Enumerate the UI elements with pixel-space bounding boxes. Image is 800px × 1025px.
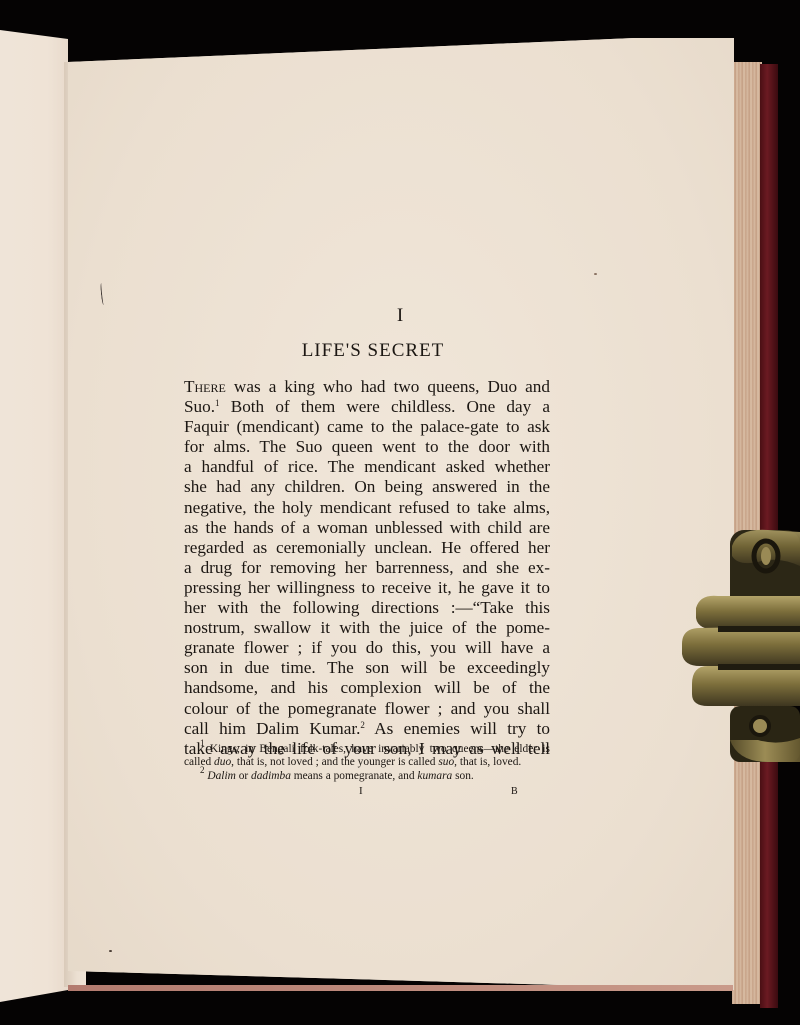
text-line: a drug for removing her barrenness, and … bbox=[184, 558, 550, 578]
text-line: pressing her willingness to receive it, … bbox=[184, 578, 550, 598]
left-page bbox=[0, 30, 68, 1025]
footnote-2: 2 Dalim or dadimba means a pomegranate, … bbox=[184, 770, 550, 783]
chapter-title: LIFE'S SECRET bbox=[180, 340, 566, 362]
text-line: for alms. The Suo queen went to the door… bbox=[184, 437, 550, 457]
text-line: she had any children. On being answered … bbox=[184, 477, 550, 497]
page-folio: I bbox=[359, 785, 363, 797]
footnote-1-cont: called duo, that is, not loved ; and the… bbox=[184, 756, 550, 769]
text-line: There was a king who had two queens, Duo… bbox=[184, 377, 550, 397]
clasp-icon bbox=[678, 526, 800, 766]
text-line: colour of the pomegranate flower ; and y… bbox=[184, 699, 550, 719]
footnotes: 1 Kings, in Bengali folk-tales, have inv… bbox=[184, 743, 550, 783]
text-line: regarded as ceremonially unclean. He off… bbox=[184, 538, 550, 558]
text-line: call him Dalim Kumar.2 As enemies will t… bbox=[184, 719, 550, 739]
paper-speck bbox=[594, 273, 597, 275]
page-bottom-edge bbox=[68, 985, 733, 991]
signature-mark: B bbox=[511, 786, 518, 797]
text-line: son in due time. The son will be exceedi… bbox=[184, 658, 550, 678]
text-line: handsome, and his complexion will be of … bbox=[184, 678, 550, 698]
text-line: negative, the holy mendicant refused to … bbox=[184, 498, 550, 518]
body-text: There was a king who had two queens, Duo… bbox=[184, 377, 550, 759]
text-line: her with the following directions :—“Tak… bbox=[184, 598, 550, 618]
paper-speck bbox=[109, 950, 112, 952]
footnote-marker: 2 bbox=[200, 765, 205, 775]
brass-clasp bbox=[678, 526, 800, 766]
footnote-1: 1 Kings, in Bengali folk-tales, have inv… bbox=[184, 743, 550, 756]
text-line: granate flower ; if you do this, you wil… bbox=[184, 638, 550, 658]
chapter-number: I bbox=[0, 305, 800, 327]
drop-word: There bbox=[184, 377, 226, 396]
text-line: a handful of rice. The mendicant asked w… bbox=[184, 457, 550, 477]
text-line: nostrum, swallow it with the juice of th… bbox=[184, 618, 550, 638]
text-line: as the hands of a woman unblessed with c… bbox=[184, 518, 550, 538]
text-line: Faquir (mendicant) came to the palace-ga… bbox=[184, 417, 550, 437]
text-line: Suo.1 Both of them were childless. One d… bbox=[184, 397, 550, 417]
